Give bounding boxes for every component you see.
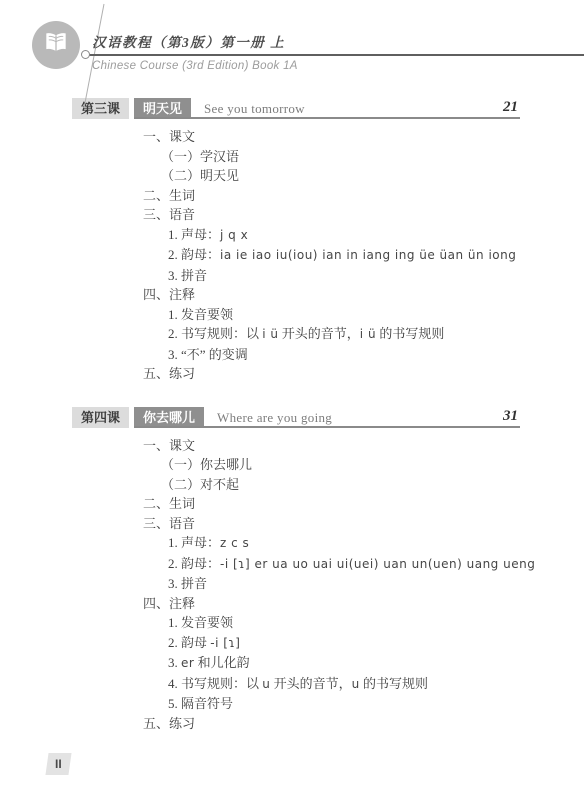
toc-item: 一、课文 bbox=[143, 127, 520, 147]
folio-label: II bbox=[55, 757, 62, 771]
chinese-text: （一）学汉语 bbox=[161, 149, 239, 164]
chinese-text: 一、课文 bbox=[143, 129, 195, 144]
toc-item: （一）你去哪儿 bbox=[161, 455, 520, 475]
chinese-text: 2. 韵母： bbox=[168, 247, 220, 262]
pinyin-text: ia ie iao iu(iou) ian in iang ing üe üan… bbox=[220, 248, 516, 262]
lesson-items: 一、课文（一）你去哪儿（二）对不起二、生词三、语音1. 声母：z c s2. 韵… bbox=[72, 436, 520, 734]
lesson-number-tag: 第三课 bbox=[72, 98, 129, 119]
toc-item: 三、语音 bbox=[143, 205, 520, 225]
toc-item: 3. er 和儿化韵 bbox=[168, 653, 520, 674]
toc-item: 2. 韵母：-i [ɿ] er ua uo uai ui(uei) uan un… bbox=[168, 554, 520, 575]
chinese-text: 三、语音 bbox=[143, 516, 195, 531]
toc-item: 2. 韵母 -i [ɿ] bbox=[168, 633, 520, 654]
toc: 第三课 明天见 See you tomorrow 21 一、课文（一）学汉语（二… bbox=[0, 98, 584, 733]
chinese-text: 3. “不” 的变调 bbox=[168, 347, 248, 362]
toc-item: 四、注释 bbox=[143, 285, 520, 305]
chinese-text: （一）你去哪儿 bbox=[161, 457, 252, 472]
chinese-text: 四、注释 bbox=[143, 287, 195, 302]
chinese-text: 五、练习 bbox=[143, 366, 195, 381]
chinese-text: 二、生词 bbox=[143, 188, 195, 203]
pinyin-text: -i [ɿ] bbox=[210, 636, 240, 650]
book-page: 汉语教程（第3版）第一册 上 Chinese Course (3rd Editi… bbox=[0, 0, 584, 795]
chinese-text: 的书写规则 bbox=[360, 676, 428, 691]
chinese-text: 1. 声母： bbox=[168, 535, 220, 550]
pinyin-text: i ü bbox=[262, 327, 278, 341]
header-rule bbox=[86, 54, 584, 56]
chinese-text: 1. 发音要领 bbox=[168, 615, 233, 630]
lesson-number-tag: 第四课 bbox=[72, 407, 129, 428]
lesson-section: 第三课 明天见 See you tomorrow 21 一、课文（一）学汉语（二… bbox=[72, 98, 520, 384]
toc-item: 二、生词 bbox=[143, 186, 520, 206]
chinese-text: 四、注释 bbox=[143, 596, 195, 611]
toc-item: 五、练习 bbox=[143, 364, 520, 384]
page-header: 汉语教程（第3版）第一册 上 Chinese Course (3rd Editi… bbox=[0, 0, 584, 98]
lesson-title-group: 明天见 See you tomorrow 21 bbox=[134, 98, 520, 119]
chinese-text: 开头的音节， bbox=[270, 676, 351, 691]
toc-item: 3. “不” 的变调 bbox=[168, 345, 520, 365]
chinese-text: 3. bbox=[168, 655, 181, 670]
toc-item: 四、注释 bbox=[143, 594, 520, 614]
chinese-text: 5. 隔音符号 bbox=[168, 696, 233, 711]
lesson-page-number: 21 bbox=[503, 98, 520, 117]
lesson-title-group: 你去哪儿 Where are you going 31 bbox=[134, 407, 520, 428]
toc-item: （一）学汉语 bbox=[161, 147, 520, 167]
chinese-text: 五、练习 bbox=[143, 716, 195, 731]
lesson-title-english: See you tomorrow bbox=[204, 98, 305, 117]
chinese-text: 2. 韵母 bbox=[168, 635, 210, 650]
toc-item: 5. 隔音符号 bbox=[168, 694, 520, 714]
toc-item: 1. 声母：j q x bbox=[168, 225, 520, 246]
toc-item: 3. 拼音 bbox=[168, 574, 520, 594]
chinese-text: 二、生词 bbox=[143, 496, 195, 511]
toc-item: 3. 拼音 bbox=[168, 266, 520, 286]
open-book-icon bbox=[42, 30, 70, 61]
toc-item: 4. 书写规则：以 u 开头的音节，u 的书写规则 bbox=[168, 674, 520, 695]
pinyin-text: -i [ɿ] er ua uo uai ui(uei) uan un(uen) … bbox=[220, 557, 535, 571]
chinese-text: 1. 发音要领 bbox=[168, 307, 233, 322]
publisher-logo bbox=[32, 21, 80, 69]
header-rule-node bbox=[81, 50, 90, 59]
pinyin-text: z c s bbox=[220, 536, 249, 550]
folio-box: II bbox=[45, 753, 71, 775]
lesson-items: 一、课文（一）学汉语（二）明天见二、生词三、语音1. 声母：j q x2. 韵母… bbox=[72, 127, 520, 384]
chinese-text: 3. 拼音 bbox=[168, 268, 207, 283]
chinese-text: （二）明天见 bbox=[161, 168, 239, 183]
chinese-text: 一、课文 bbox=[143, 438, 195, 453]
toc-item: 2. 韵母：ia ie iao iu(iou) ian in iang ing … bbox=[168, 245, 520, 266]
toc-item: 五、练习 bbox=[143, 714, 520, 734]
chinese-text: 开头的音节， bbox=[279, 326, 360, 341]
lesson-title-chinese: 你去哪儿 bbox=[134, 407, 204, 426]
toc-item: 2. 书写规则：以 i ü 开头的音节，i ü 的书写规则 bbox=[168, 324, 520, 345]
toc-item: 二、生词 bbox=[143, 494, 520, 514]
chinese-text: 的书写规则 bbox=[376, 326, 444, 341]
toc-item: （二）对不起 bbox=[161, 475, 520, 495]
lesson-page-number: 31 bbox=[503, 407, 520, 426]
lesson-title-chinese: 明天见 bbox=[134, 98, 191, 117]
book-title-english: Chinese Course (3rd Edition) Book 1A bbox=[92, 60, 298, 72]
chinese-text: 和儿化韵 bbox=[194, 655, 249, 670]
chinese-text: 1. 声母： bbox=[168, 227, 220, 242]
pinyin-text: u bbox=[352, 677, 360, 691]
toc-item: 一、课文 bbox=[143, 436, 520, 456]
toc-item: （二）明天见 bbox=[161, 166, 520, 186]
chinese-text: 3. 拼音 bbox=[168, 576, 207, 591]
lesson-title-english: Where are you going bbox=[217, 407, 332, 426]
pinyin-text: j q x bbox=[220, 228, 248, 242]
pinyin-text: i ü bbox=[360, 327, 376, 341]
lesson-header: 第三课 明天见 See you tomorrow 21 bbox=[72, 98, 520, 119]
chinese-text: 三、语音 bbox=[143, 207, 195, 222]
lesson-header: 第四课 你去哪儿 Where are you going 31 bbox=[72, 407, 520, 428]
chinese-text: 4. 书写规则：以 bbox=[168, 676, 262, 691]
book-title-chinese: 汉语教程（第3版）第一册 上 bbox=[92, 31, 285, 51]
chinese-text: 2. 韵母： bbox=[168, 556, 220, 571]
pinyin-text: er bbox=[181, 656, 194, 670]
toc-item: 1. 声母：z c s bbox=[168, 533, 520, 554]
toc-item: 1. 发音要领 bbox=[168, 305, 520, 325]
chinese-text: 2. 书写规则：以 bbox=[168, 326, 262, 341]
chinese-text: （二）对不起 bbox=[161, 477, 239, 492]
toc-item: 1. 发音要领 bbox=[168, 613, 520, 633]
toc-item: 三、语音 bbox=[143, 514, 520, 534]
lesson-section: 第四课 你去哪儿 Where are you going 31 一、课文（一）你… bbox=[72, 407, 520, 734]
